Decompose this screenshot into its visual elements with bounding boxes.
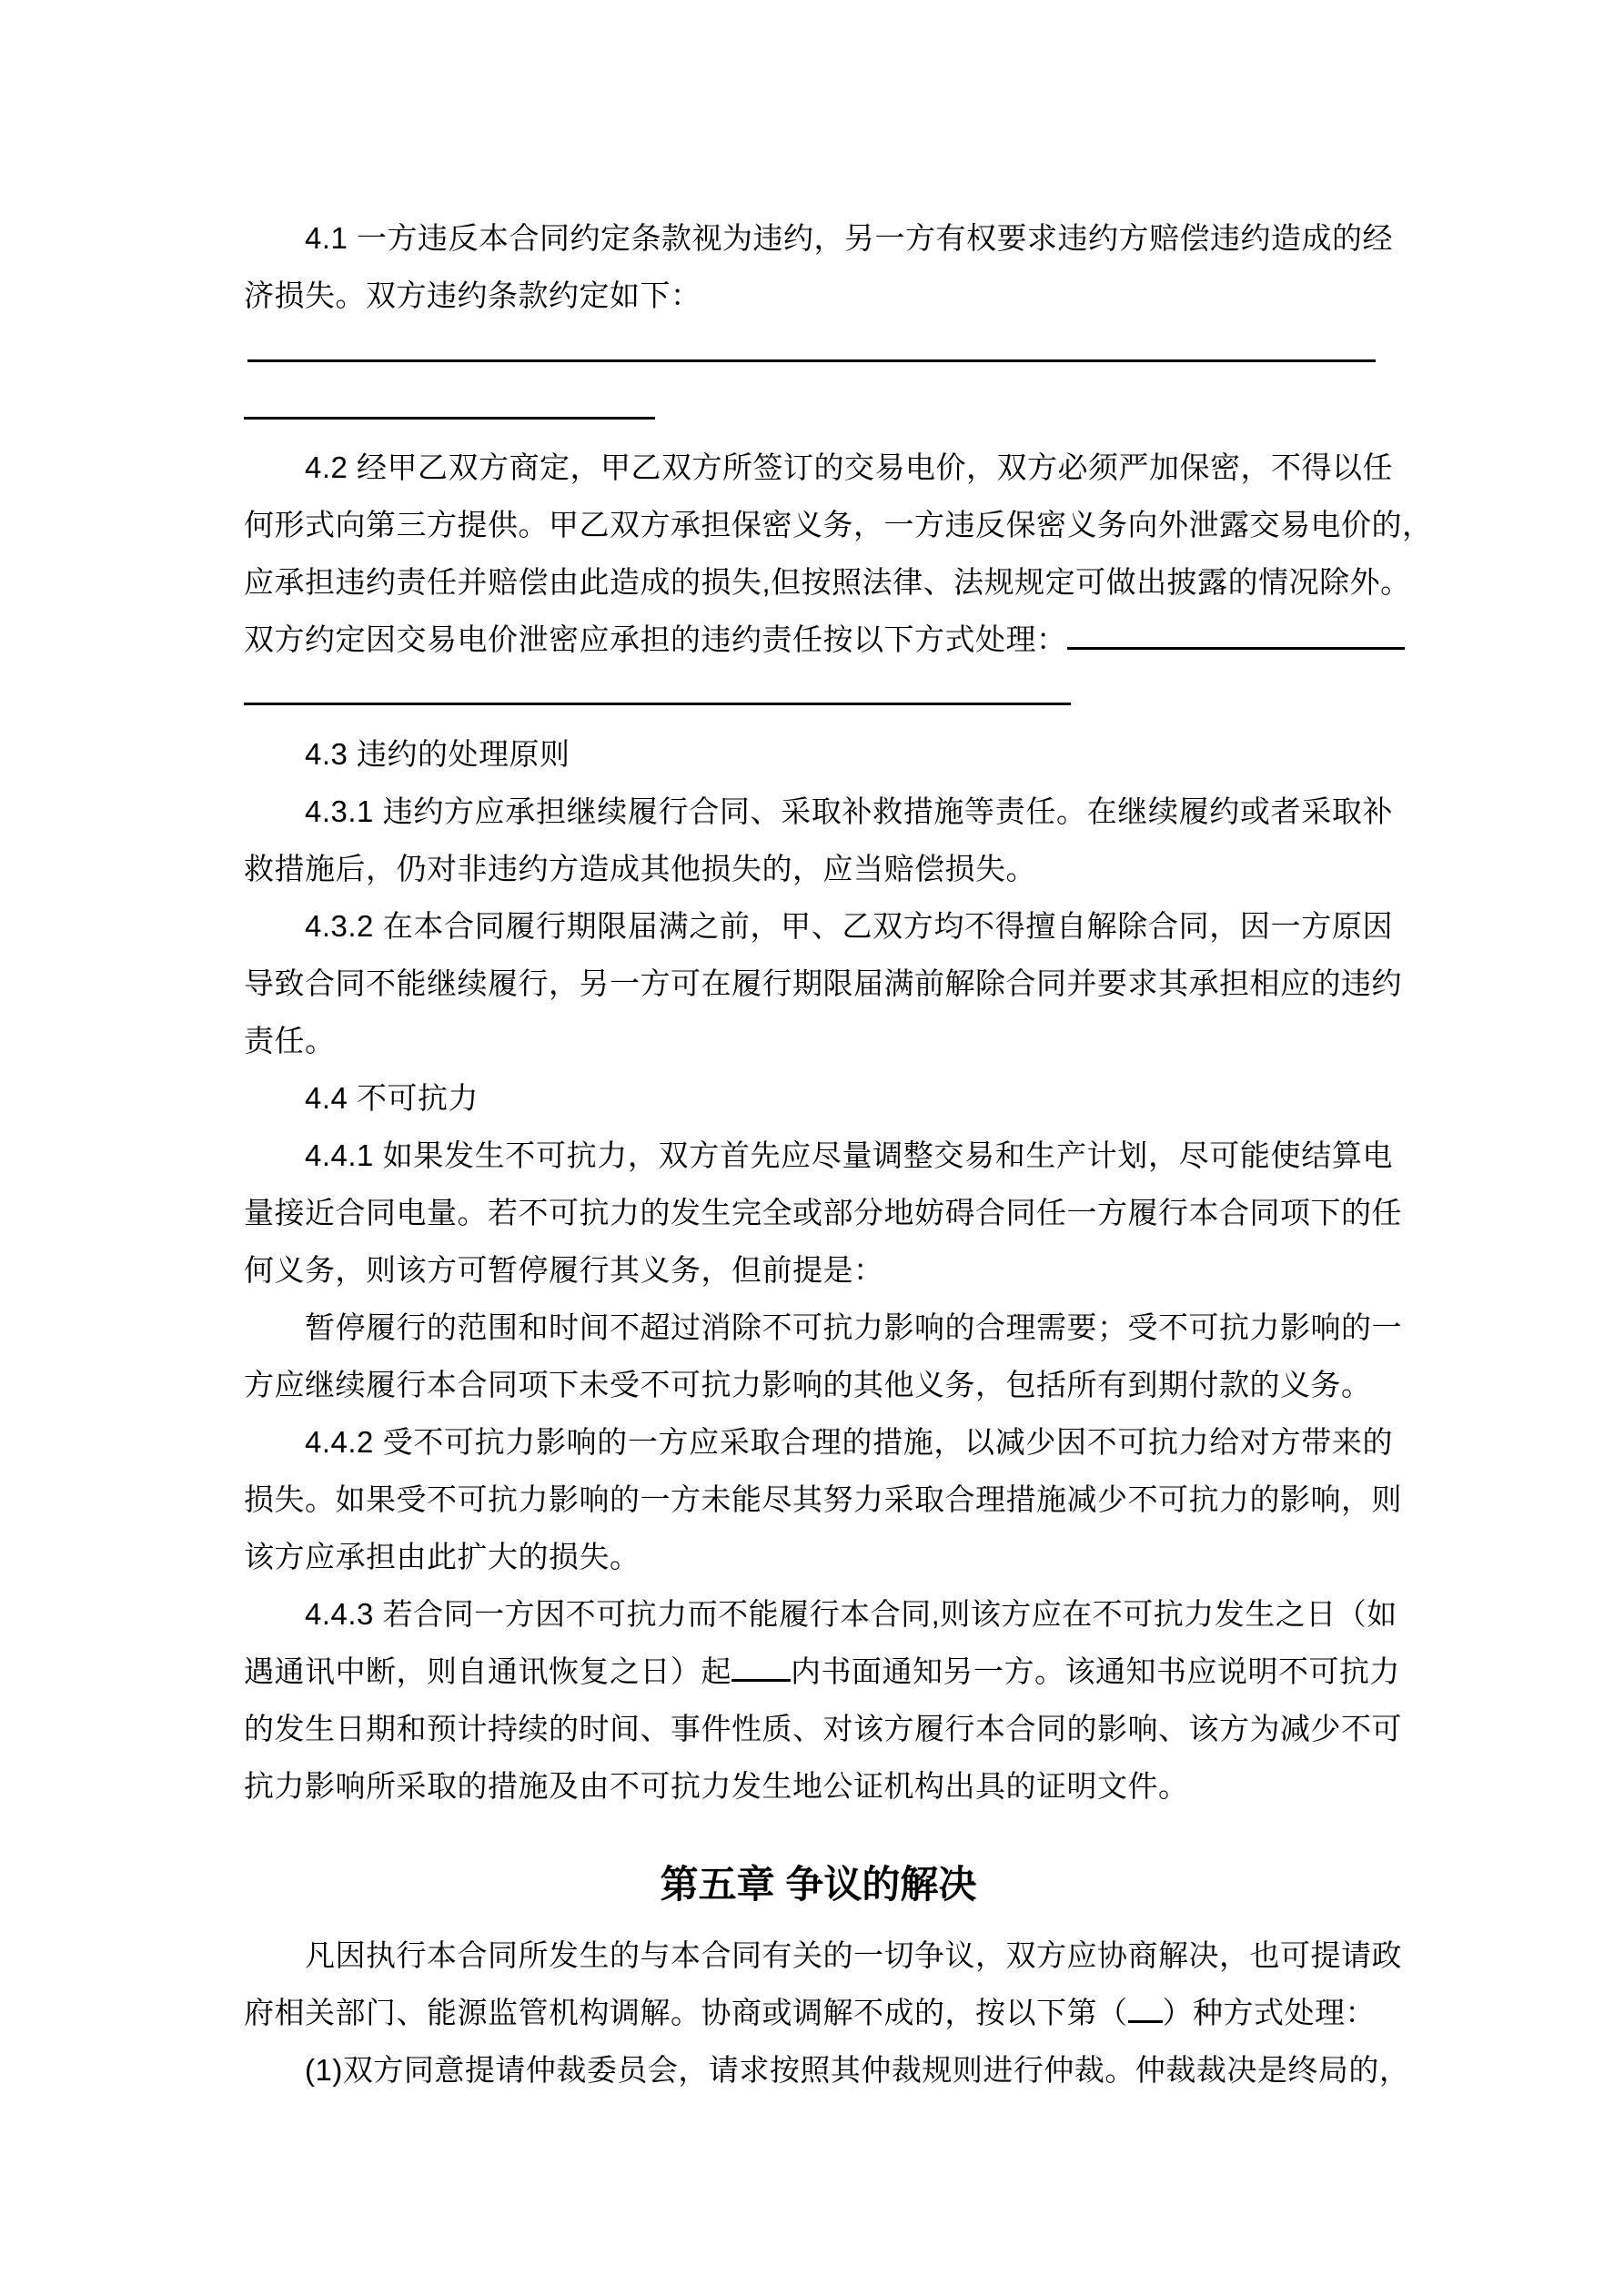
clause-4-4-title: 4.4 不可抗力 [244, 1069, 1393, 1127]
chapter-5-para-1-line-2: 府相关部门、能源监管机构调解。协商或调解不成的，按以下第（）种方式处理： [244, 1984, 1393, 2041]
clause-4-1-line-1: 4.1 一方违反本合同约定条款视为违约，另一方有权要求违约方赔偿违约造成的经 [244, 209, 1393, 267]
clause-4-3-2-line-1: 4.3.2 在本合同履行期限届满之前，甲、乙双方均不得擅自解除合同，因一方原因 [244, 897, 1393, 955]
clause-4-4-3-line-2: 遇通讯中断，则自通讯恢复之日）起内书面通知另一方。该通知书应说明不可抗力 [244, 1643, 1393, 1700]
clause-4-3-2-line-2: 导致合同不能继续履行，另一方可在履行期限届满前解除合同并要求其承担相应的违约 [244, 955, 1393, 1012]
clause-4-4-1-line-3: 何义务，则该方可暂停履行其义务，但前提是： [244, 1241, 1393, 1299]
chapter-5-para-1-line-2-text-b: ）种方式处理： [1163, 1996, 1377, 2029]
fill-in-blank-method-number [1128, 2016, 1163, 2023]
chapter-5-para-1-line-1: 凡因执行本合同所发生的与本合同有关的一切争议，双方应协商解决，也可提请政 [244, 1927, 1393, 1984]
clause-4-3-title: 4.3 违约的处理原则 [244, 725, 1393, 783]
clause-4-1-line-2: 济损失。双方违约条款约定如下： [244, 267, 1393, 324]
clause-4-2-line-1: 4.2 经甲乙双方商定，甲乙双方所签订的交易电价，双方必须严加保密，不得以任 [244, 439, 1393, 496]
fill-in-rule-1 [247, 359, 1376, 362]
fill-in-rule-3 [244, 703, 1071, 705]
contract-document-page: 4.1 一方违反本合同约定条款视为违约，另一方有权要求违约方赔偿违约造成的经 济… [0, 0, 1624, 2296]
clause-4-4-3-line-3: 的发生日期和预计持续的时间、事件性质、对该方履行本合同的影响、该方为减少不可 [244, 1700, 1393, 1757]
clause-4-4-2-line-2: 损失。如果受不可抗力影响的一方未能尽其努力采取合理措施减少不可抗力的影响，则 [244, 1471, 1393, 1528]
clause-4-2-line-4: 双方约定因交易电价泄密应承担的违约责任按以下方式处理： [244, 611, 1393, 668]
clause-4-4-1-line-4: 暂停履行的范围和时间不超过消除不可抗力影响的合理需要；受不可抗力影响的一 [244, 1299, 1393, 1356]
chapter-5-heading: 第五章 争议的解决 [244, 1853, 1393, 1917]
clause-4-4-3-line-1: 4.4.3 若合同一方因不可抗力而不能履行本合同,则该方应在不可抗力发生之日（如 [244, 1585, 1393, 1643]
clause-4-4-3-line-2-text-b: 内书面通知另一方。该通知书应说明不可抗力 [791, 1654, 1400, 1688]
clause-4-4-1-line-5: 方应继续履行本合同项下未受不可抗力影响的其他义务，包括所有到期付款的义务。 [244, 1356, 1393, 1413]
chapter-5-para-1-line-2-text-a: 府相关部门、能源监管机构调解。协商或调解不成的，按以下第（ [244, 1996, 1128, 2029]
fill-in-blank-notice-period [731, 1674, 791, 1682]
clause-4-4-1-line-2: 量接近合同电量。若不可抗力的发生完全或部分地妨碍合同任一方履行本合同项下的任 [244, 1184, 1393, 1241]
clause-4-4-2-line-3: 该方应承担由此扩大的损失。 [244, 1528, 1393, 1585]
clause-4-3-1-line-2: 救措施后，仍对非违约方造成其他损失的，应当赔偿损失。 [244, 840, 1393, 897]
clause-4-4-3-line-2-text-a: 遇通讯中断，则自通讯恢复之日）起 [244, 1654, 731, 1688]
clause-4-4-1-line-1: 4.4.1 如果发生不可抗力，双方首先应尽量调整交易和生产计划，尽可能使结算电 [244, 1127, 1393, 1184]
fill-in-rule-2 [244, 417, 655, 420]
clause-4-4-2-line-1: 4.4.2 受不可抗力影响的一方应采取合理的措施，以减少因不可抗力给对方带来的 [244, 1413, 1393, 1471]
clause-4-4-3-line-4: 抗力影响所采取的措施及由不可抗力发生地公证机构出具的证明文件。 [244, 1757, 1393, 1815]
clause-4-2-line-4-text: 双方约定因交易电价泄密应承担的违约责任按以下方式处理： [244, 622, 1067, 656]
clause-4-2-line-3: 应承担违约责任并赔偿由此造成的损失,但按照法律、法规规定可做出披露的情况除外。 [244, 553, 1393, 611]
clause-4-3-2-line-3: 责任。 [244, 1012, 1393, 1069]
fill-in-blank-penalty [1067, 642, 1405, 650]
clause-4-2-line-2: 何形式向第三方提供。甲乙双方承担保密义务，一方违反保密义务向外泄露交易电价的， [244, 496, 1393, 553]
clause-4-3-1-line-1: 4.3.1 违约方应承担继续履行合同、采取补救措施等责任。在继续履约或者采取补 [244, 783, 1393, 840]
chapter-5-item-1: (1)双方同意提请仲裁委员会，请求按照其仲裁规则进行仲裁。仲裁裁决是终局的， [244, 2041, 1393, 2099]
